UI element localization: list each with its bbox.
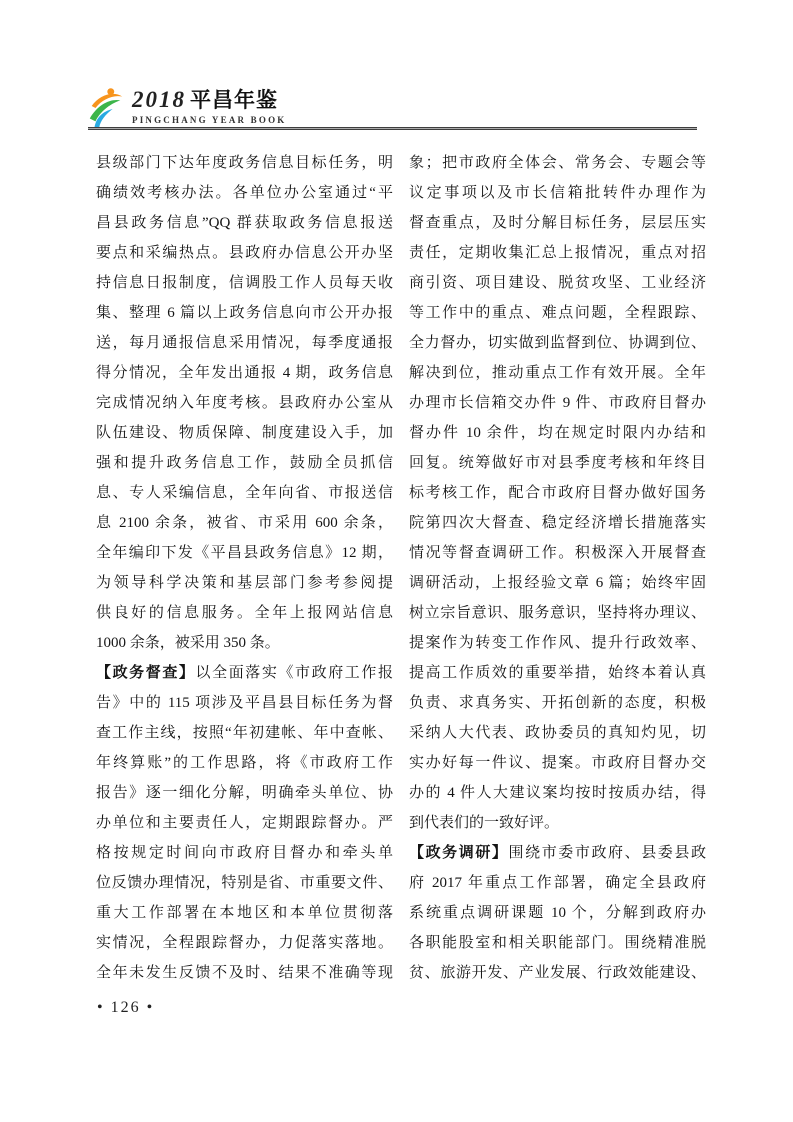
text-line: 采纳人大代表、政协委员的真知灼见，切 bbox=[409, 718, 706, 748]
text-line: 负责、求真务实、开拓创新的态度，积极 bbox=[409, 688, 706, 718]
text-line: 1000 余条，被采用 350 条。 bbox=[96, 628, 393, 658]
text-line: 标考核工作，配合市政府目督办做好国务 bbox=[409, 478, 706, 508]
text-line: 调研活动，上报经验文章 6 篇；始终牢固 bbox=[409, 568, 706, 598]
text-line: 强和提升政务信息工作，鼓励全员抓信 bbox=[96, 448, 393, 478]
text-line: 县级部门下达年度政务信息目标任务，明 bbox=[96, 148, 393, 178]
text-line: 为领导科学决策和基层部门参考参阅提 bbox=[96, 568, 393, 598]
text-line: 实办好每一件议、提案。市政府目督办交 bbox=[409, 748, 706, 778]
page-header: 2018 平昌年鉴 PINGCHANG YEAR BOOK bbox=[85, 84, 286, 128]
text-line: 全年未发生反馈不及时、结果不准确等现 bbox=[96, 958, 393, 988]
yearbook-logo-icon bbox=[85, 86, 127, 128]
text-line: 年终算账”的工作思路，将《市政府工作 bbox=[96, 748, 393, 778]
text-line: 系统重点调研课题 10 个，分解到政府办 bbox=[409, 898, 706, 928]
text-line: 贫、旅游开发、产业发展、行政效能建设、 bbox=[409, 958, 706, 988]
text-line: 责任，定期收集汇总上报情况，重点对招 bbox=[409, 238, 706, 268]
logo-text-block: 2018 平昌年鉴 PINGCHANG YEAR BOOK bbox=[132, 84, 286, 125]
text-line: 查工作主线，按照“年初建帐、年中查帐、 bbox=[96, 718, 393, 748]
text-line: 到代表们的一致好评。 bbox=[409, 808, 706, 838]
text-line: 供良好的信息服务。全年上报网站信息 bbox=[96, 598, 393, 628]
text-line: 【政务调研】围绕市委市政府、县委县政 bbox=[409, 838, 706, 868]
logo-title: 平昌年鉴 bbox=[190, 84, 278, 114]
text-line: 集、整理 6 篇以上政务信息向市公开办报 bbox=[96, 298, 393, 328]
text-line: 提案作为转变工作作风、提升行政效率、 bbox=[409, 628, 706, 658]
text-line: 全力督办，切实做到监督到位、协调到位、 bbox=[409, 328, 706, 358]
text-line: 持信息日报制度，信调股工作人员每天收 bbox=[96, 268, 393, 298]
entry-heading: 【政务调研】 bbox=[409, 845, 509, 861]
logo-subtitle: PINGCHANG YEAR BOOK bbox=[132, 115, 286, 125]
text-line: 格按规定时间向市政府目督办和牵头单 bbox=[96, 838, 393, 868]
text-columns: 县级部门下达年度政务信息目标任务，明确绩效考核办法。各单位办公室通过“平昌县政务… bbox=[96, 148, 706, 988]
text-line: 全年编印下发《平昌县政务信息》12 期， bbox=[96, 538, 393, 568]
text-line: 息 2100 余条，被省、市采用 600 余条， bbox=[96, 508, 393, 538]
text-line: 告》中的 115 项涉及平昌县目标任务为督 bbox=[96, 688, 393, 718]
text-line: 昌县政务信息”QQ 群获取政务信息报送 bbox=[96, 208, 393, 238]
text-line: 位反馈办理情况，特别是省、市重要文件、 bbox=[96, 868, 393, 898]
text-line: 办单位和主要责任人，定期跟踪督办。严 bbox=[96, 808, 393, 838]
text-line: 重大工作部署在本地区和本单位贯彻落 bbox=[96, 898, 393, 928]
entry-heading: 【政务督查】 bbox=[96, 665, 196, 681]
text-line: 办的 4 件人大建议案均按时按质办结，得 bbox=[409, 778, 706, 808]
text-line: 确绩效考核办法。各单位办公室通过“平 bbox=[96, 178, 393, 208]
page-number: • 126 • bbox=[97, 999, 154, 1017]
text-line: 督办件 10 余件，均在规定时限内办结和 bbox=[409, 418, 706, 448]
text-line: 象；把市政府全体会、常务会、专题会等 bbox=[409, 148, 706, 178]
text-line: 商引资、项目建设、脱贫攻坚、工业经济 bbox=[409, 268, 706, 298]
text-line: 队伍建设、物质保障、制度建设入手，加 bbox=[96, 418, 393, 448]
yearbook-page: 2018 平昌年鉴 PINGCHANG YEAR BOOK 县级部门下达年度政务… bbox=[0, 0, 793, 1122]
text-line: 议定事项以及市长信箱批转件办理作为 bbox=[409, 178, 706, 208]
text-line: 各职能股室和相关职能部门。围绕精准脱 bbox=[409, 928, 706, 958]
text-line: 报告》逐一细化分解，明确牵头单位、协 bbox=[96, 778, 393, 808]
text-line: 得分情况，全年发出通报 4 期，政务信息 bbox=[96, 358, 393, 388]
text-line: 院第四次大督查、稳定经济增长措施落实 bbox=[409, 508, 706, 538]
text-line: 【政务督查】以全面落实《市政府工作报 bbox=[96, 658, 393, 688]
text-line: 送，每月通报信息采用情况，每季度通报 bbox=[96, 328, 393, 358]
text-line: 等工作中的重点、难点问题，全程跟踪、 bbox=[409, 298, 706, 328]
header-rule bbox=[88, 127, 697, 130]
logo-year: 2018 bbox=[132, 87, 186, 113]
text-line: 解决到位，推动重点工作有效开展。全年 bbox=[409, 358, 706, 388]
text-line: 实情况，全程跟踪督办，力促落实落地。 bbox=[96, 928, 393, 958]
text-line: 督查重点，及时分解目标任务，层层压实 bbox=[409, 208, 706, 238]
text-line: 情况等督查调研工作。积极深入开展督查 bbox=[409, 538, 706, 568]
text-line: 息、专人采编信息，全年向省、市报送信 bbox=[96, 478, 393, 508]
text-line: 提高工作质效的重要举措，始终本着认真 bbox=[409, 658, 706, 688]
text-line: 办理市长信箱交办件 9 件、市政府目督办 bbox=[409, 388, 706, 418]
text-line: 树立宗旨意识、服务意识，坚持将办理议、 bbox=[409, 598, 706, 628]
text-line: 完成情况纳入年度考核。县政府办公室从 bbox=[96, 388, 393, 418]
right-column: 象；把市政府全体会、常务会、专题会等议定事项以及市长信箱批转件办理作为督查重点，… bbox=[409, 148, 706, 988]
text-line: 回复。统筹做好市对县季度考核和年终目 bbox=[409, 448, 706, 478]
logo-title-row: 2018 平昌年鉴 bbox=[132, 84, 286, 114]
text-line: 府 2017 年重点工作部署，确定全县政府 bbox=[409, 868, 706, 898]
text-line: 要点和采编热点。县政府办信息公开办坚 bbox=[96, 238, 393, 268]
left-column: 县级部门下达年度政务信息目标任务，明确绩效考核办法。各单位办公室通过“平昌县政务… bbox=[96, 148, 393, 988]
